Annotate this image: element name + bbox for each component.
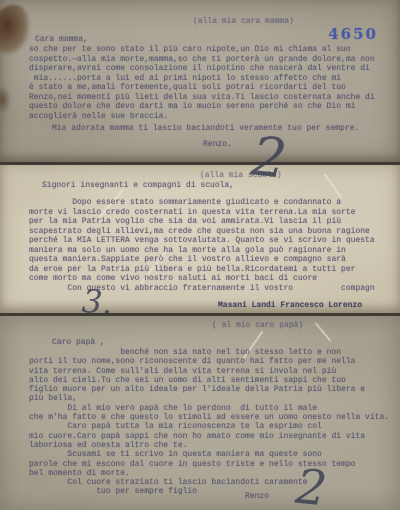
typed-line: Caro papà tutta la mia riconoscenza te l… [29,422,389,431]
typed-line: mia......porta a lui ed ai primi nipoti … [29,74,375,84]
typed-line: alto dei cieli.Tu che sei un uomo di alt… [29,376,389,385]
typed-line: che m'ha fatto e che questo lo stimoli a… [29,413,389,422]
typed-line: laboriosa ed onesta altro che te. [29,441,389,450]
paper-scratch [324,173,343,199]
typed-line: figlio muore per un alto ideale per l'id… [29,385,389,394]
letter-body: benché non sia nato nel tuo stesso letto… [29,348,389,497]
document-scan: (alla mia cara mamma) 4650 Cara mamma, s… [0,0,400,510]
typed-signature-name: Masani Landi Francesco Lorenzo [218,301,362,311]
archive-stamp-number: 4650 [328,25,378,43]
typed-line: porti il tuo nome,sono riconoscente di q… [29,357,389,366]
typed-line: disperare,avrai come consolazione il nip… [29,64,375,74]
typed-line: so che per te sono stato il più caro nip… [29,45,375,55]
handwritten-page-number: 2 [249,124,290,190]
salutation: Signori insegnanti e compagni di scuola, [42,181,234,191]
letter-page-2: (alla mia scuola) Signori insegnanti e c… [0,165,400,313]
closing-line: Mia adorata mamma ti lascio baciandoti v… [52,124,359,134]
typed-line: morte vi lascio credo costernati in ques… [29,208,375,218]
letter-body: Dopo essere stato sommariamente giudicat… [29,198,375,293]
typed-line: più bella, [29,394,389,403]
ink-stain [0,5,30,55]
typed-line: mio cuore.Caro papà sappi che non ho ama… [29,432,389,441]
typed-line: è stato a me,amali fortemente,quali soli… [29,83,375,93]
typed-line: scapestrato degli allievi,ma crede che q… [29,227,375,237]
typed-signature: Renzo. [203,140,232,150]
handwritten-page-number: 2 [293,459,329,510]
letter-page-1: (alla mia cara mamma) 4650 Cara mamma, s… [0,0,400,162]
letter-page-3: ( al mio caro papà) Caro papà , benché n… [0,316,400,510]
typed-line: questo dolore che devo darti ma io muoio… [29,102,375,112]
typed-line: Con questo vi abbraccio fraternamente il… [29,284,375,294]
typed-line: benché non sia nato nel tuo stesso letto… [29,348,389,357]
typed-line: Di al mio vero papà che lo perdono di tu… [29,404,389,413]
typed-line: Renzo,nei momenti più lieti della sua vi… [29,93,375,103]
typed-line: questa maniera.Sappiate però che il vost… [29,255,375,265]
typed-line: perché la MIA LETTERA venga sottovalutat… [29,236,375,246]
letter-body: so che per te sono stato il più caro nip… [29,45,375,121]
paper-scratch [315,322,332,342]
ink-stain [0,88,11,114]
handwritten-page-number: 3. [81,282,114,322]
typed-line: vita terrena. Come sull'ali della vita t… [29,367,389,376]
recipient-note: (alla mia cara mamma) [193,17,294,27]
typed-line: per la mia Patria voglio che sia da voi … [29,217,375,227]
typed-line: maniera ma solo un uomo che ha la morte … [29,246,375,256]
typed-line: parole che mi escono dal cuore in questo… [29,460,389,469]
typed-line: tuo per sempre figlio [29,487,389,496]
typed-line: da eroe per la Patria più libera e più b… [29,265,375,275]
typed-line: bel momento di morte. [29,469,389,478]
recipient-note: ( al mio caro papà) [212,321,303,331]
typed-line: accoglierà nelle sue braccia. [29,112,375,122]
typed-line: Scusami se ti scrivo in questa maniera m… [29,450,389,459]
typed-line: cospetto.—alla mia morte,mamma,so che ti… [29,55,375,65]
typed-line: come morto ma come vivo nostro saluti ai… [29,274,375,284]
typed-signature: Renzo [245,492,269,502]
salutation: Cara mamma, [35,35,88,45]
salutation: Caro papà , [52,338,105,348]
typed-line: Dopo essere stato sommariamente giudicat… [29,198,375,208]
